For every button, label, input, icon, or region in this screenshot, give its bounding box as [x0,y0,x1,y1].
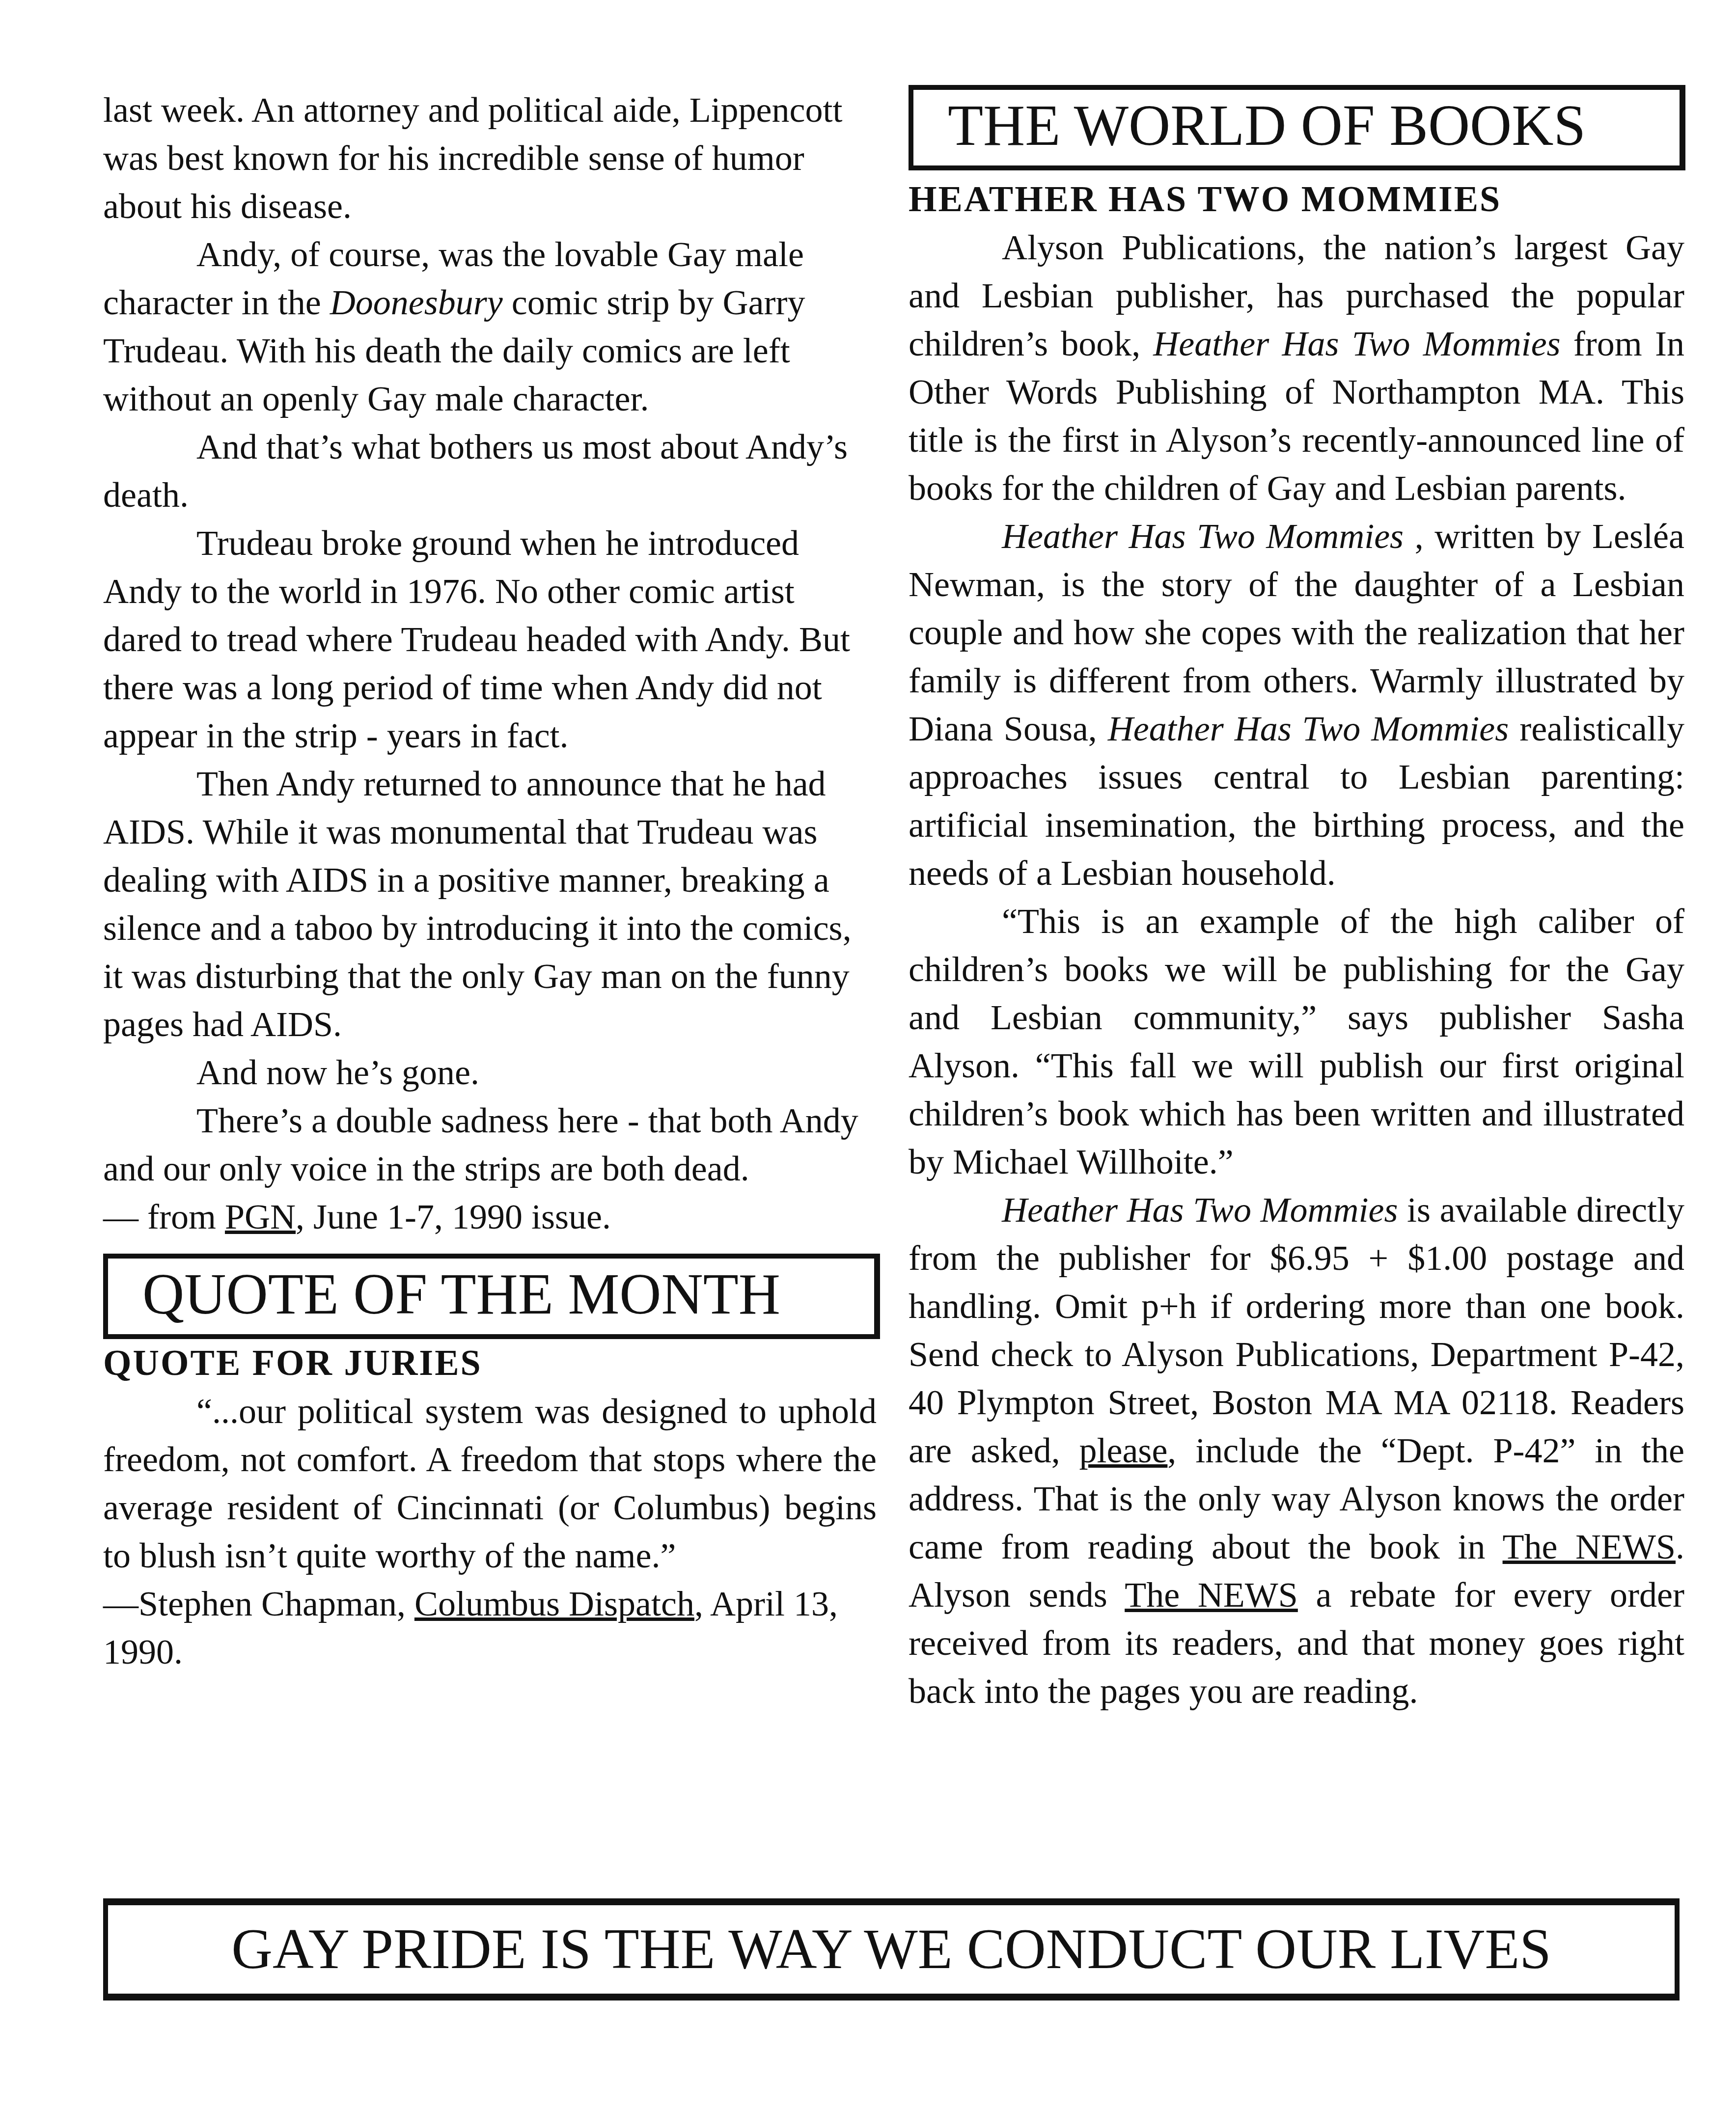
paragraph: There’s a double sadness here - that bot… [103,1096,877,1193]
paragraph: Heather Has Two Mommies is available dir… [909,1186,1684,1715]
paragraph: And that’s what bothers us most about An… [103,423,877,519]
quote-of-the-month-heading: QUOTE OF THE MONTH [103,1254,880,1339]
text: — from [103,1197,225,1236]
right-column: THE WORLD OF BOOKS HEATHER HAS TWO MOMMI… [909,86,1684,1715]
paragraph: Trudeau broke ground when he introduced … [103,519,877,760]
publication-name: Columbus Dispatch [414,1584,694,1623]
book-title: Heather Has Two Mommies [1108,709,1509,748]
quote-attribution: —Stephen Chapman, Columbus Dispatch, Apr… [103,1580,877,1676]
gay-pride-banner: GAY PRIDE IS THE WAY WE CONDUCT OUR LIVE… [103,1898,1680,2000]
emphasis-please: please [1079,1431,1167,1470]
text: , June 1-7, 1990 issue. [296,1197,611,1236]
paragraph: Andy, of course, was the lovable Gay mal… [103,230,877,423]
quote-subheading: QUOTE FOR JURIES [103,1339,877,1387]
paragraph: And now he’s gone. [103,1048,877,1096]
quote-text: “...our political system was designed to… [103,1387,877,1580]
heading-text: QUOTE OF THE MONTH [108,1262,780,1326]
publication-name: PGN [225,1197,296,1236]
heading-text: THE WORLD OF BOOKS [913,93,1586,158]
book-subheading: HEATHER HAS TWO MOMMIES [909,175,1684,223]
banner-text: GAY PRIDE IS THE WAY WE CONDUCT OUR LIVE… [231,1917,1551,1982]
doonesbury-title: Doonesbury [330,283,503,322]
text: is available directly from the publisher… [909,1190,1684,1470]
world-of-books-heading: THE WORLD OF BOOKS [909,85,1685,170]
source-credit: — from PGN, June 1-7, 1990 issue. [103,1193,877,1241]
left-column: last week. An attorney and political aid… [103,86,877,1676]
publication-name: The NEWS [1125,1575,1298,1615]
paragraph: Alyson Publications, the nation’s larges… [909,223,1684,512]
book-title: Heather Has Two Mommies [1002,1190,1398,1230]
publication-name: The NEWS [1503,1527,1676,1566]
paragraph: Heather Has Two Mommies , written by Les… [909,512,1684,897]
book-title: Heather Has Two Mommies [1002,517,1404,556]
text: —Stephen Chapman, [103,1584,414,1623]
paragraph: last week. An attorney and political aid… [103,86,877,230]
book-title: Heather Has Two Mommies [1153,324,1560,363]
paragraph: Then Andy returned to announce that he h… [103,760,877,1048]
paragraph: “This is an example of the high caliber … [909,897,1684,1186]
